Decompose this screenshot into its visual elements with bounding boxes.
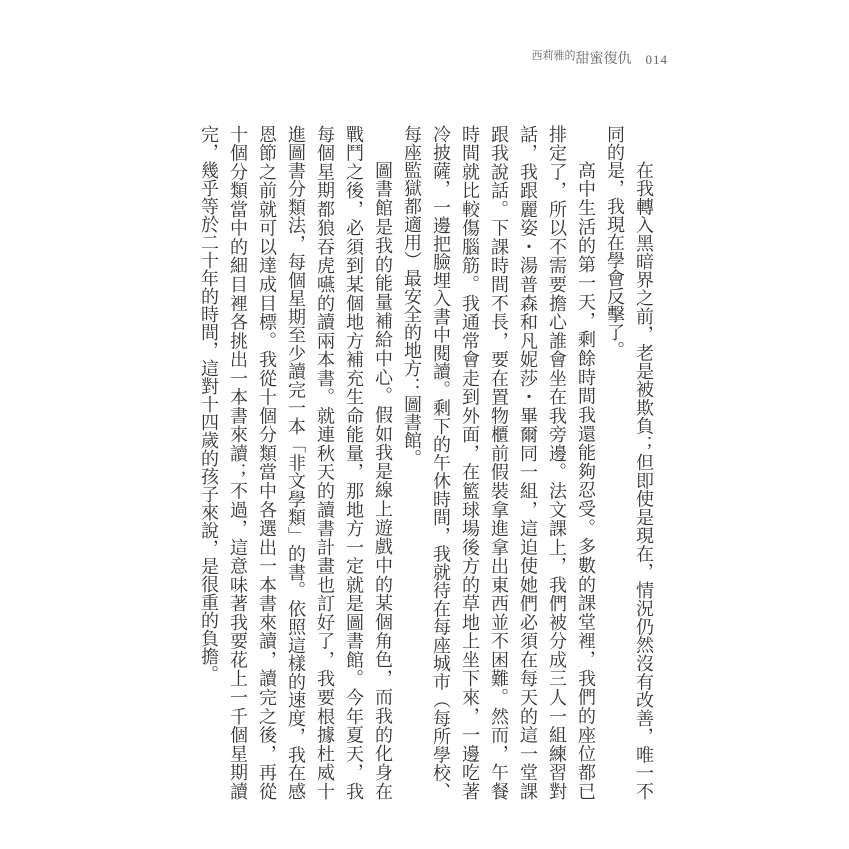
text-column: 時間就比較傷腦筋。我通常會走到外面，在籃球場後方的草地上坐下來，一邊吃著 (455, 125, 484, 800)
running-header: 西莉雅的 甜蜜復仇 014 (532, 50, 669, 67)
text-column: 每個星期都狼吞虎嚥的讀兩本書。就連秋天的讀書計畫也訂好了，我要根據杜威十 (310, 125, 339, 800)
text-column: 在我轉入黑暗界之前，老是被欺負；但即使是現在，情況仍然沒有改善，唯一不 (629, 125, 658, 800)
text-column: 十個分類當中的細目裡各挑出一本書來讀；不過，這意味著我要花上一千個星期讀 (223, 125, 252, 800)
text-column: 高中生活的第一天，剩餘時間我還能夠忍受。多數的課堂裡，我們的座位都已 (571, 125, 600, 800)
text-column: 進圖書分類法，每個星期至少讀完一本「非文學類」的書。依照這樣的速度，我在感 (281, 125, 310, 800)
book-title-prefix: 西莉雅的 (532, 51, 576, 62)
text-column: 跟我說話。下課時間不長，要在置物櫃前假裝拿進拿出東西並不困難。然而，午餐 (484, 125, 513, 800)
text-column: 恩節之前就可以達成目標。我從十個分類當中各選出一本書來讀，讀完之後，再從 (252, 125, 281, 800)
book-page: { "page": { "background_color": "#ffffff… (0, 0, 849, 849)
text-column: 話，我跟麗姿・湯普森和凡妮莎・畢爾同一組，這迫使她們必須在每天的這一堂課 (513, 125, 542, 800)
text-column: 冷披薩，一邊把臉埋入書中閱讀。剩下的午休時間，我就待在每座城市（每所學校、 (426, 125, 455, 800)
page-text: 在我轉入黑暗界之前，老是被欺負；但即使是現在，情況仍然沒有改善，唯一不 同的是，… (192, 125, 658, 800)
text-column: 完，幾乎等於二十年的時間，這對十四歲的孩子來說，是很重的負擔。 (194, 125, 223, 800)
text-column: 同的是，我現在學會反擊了。 (600, 125, 629, 800)
text-column: 排定了，所以不需要擔心誰會坐在我旁邊。法文課上，我們被分成三人一組練習對 (542, 125, 571, 800)
text-column: 圖書館是我的能量補給中心。假如我是線上遊戲中的某個角色，而我的化身在 (368, 125, 397, 800)
text-column: 每座監獄都適用）最安全的地方：圖書館。 (397, 125, 426, 800)
text-column: 戰鬥之後，必須到某個地方補充生命能量，那地方一定就是圖書館。今年夏天，我 (339, 125, 368, 800)
page-number: 014 (646, 53, 669, 66)
book-title: 甜蜜復仇 (576, 53, 632, 67)
